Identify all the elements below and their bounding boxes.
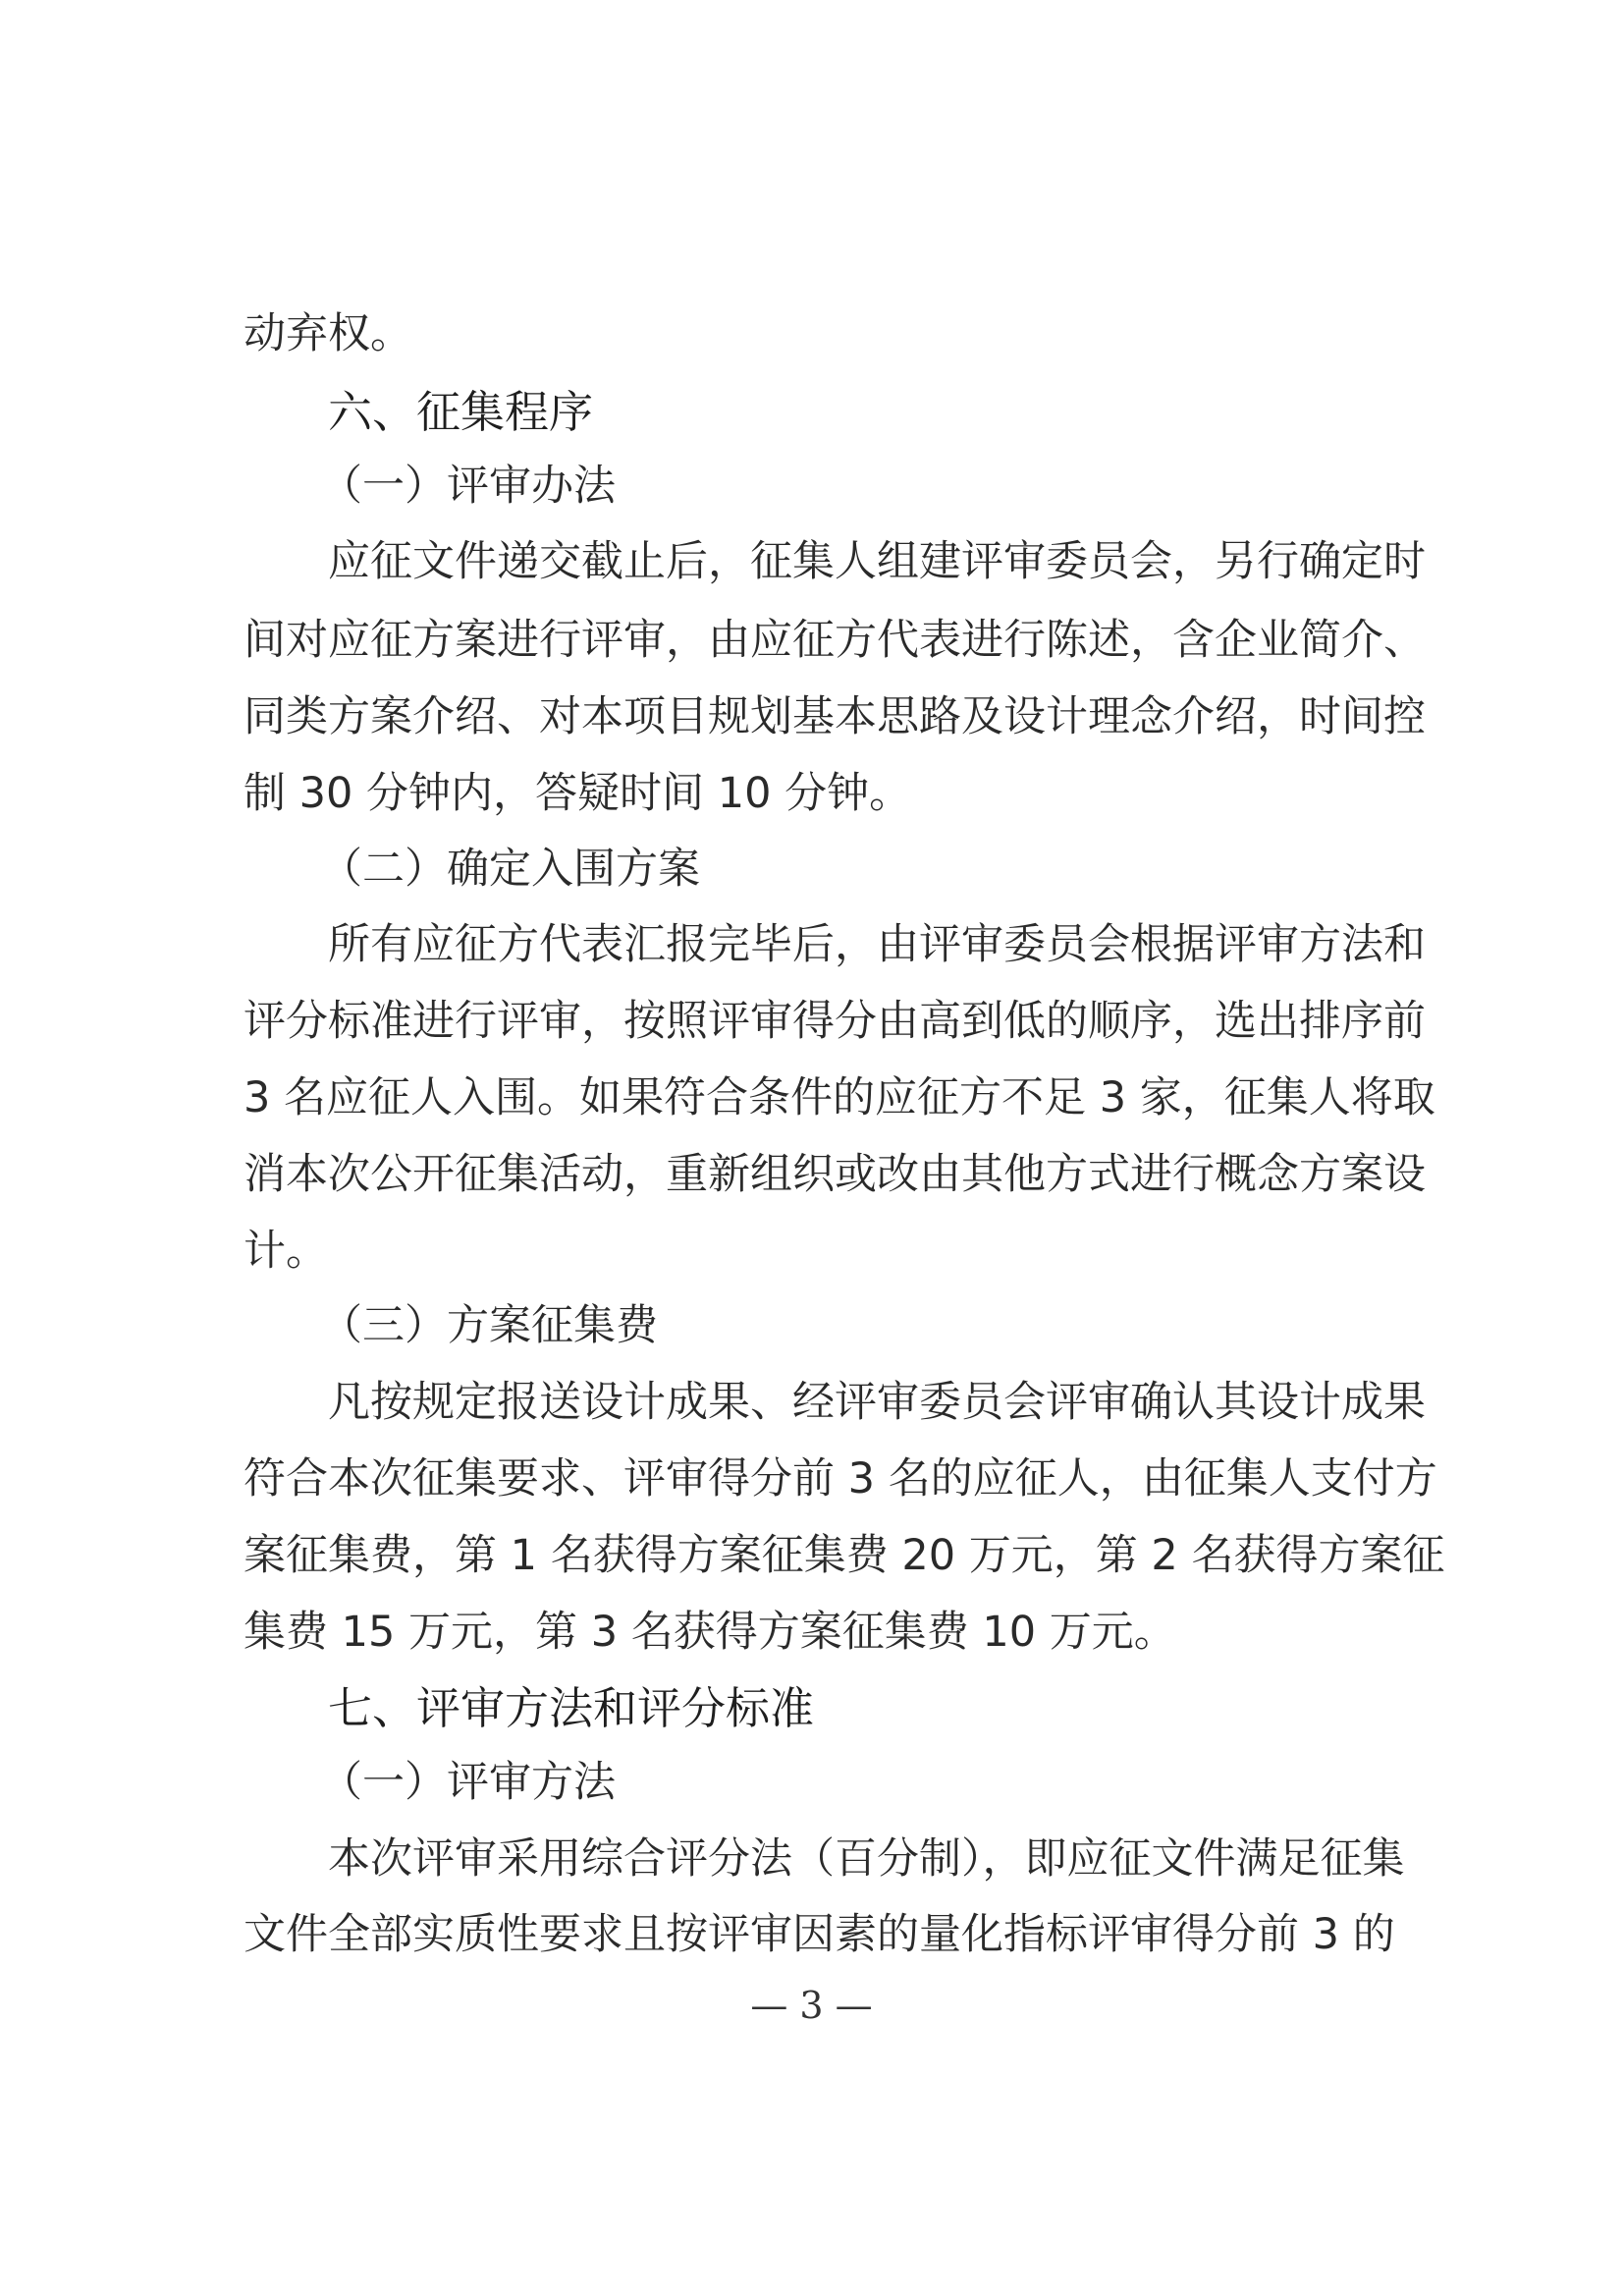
- paragraph-line: 评分标准进行评审，按照评审得分由高到低的顺序，选出排序前: [243, 992, 1386, 1051]
- paragraph-line: 集费 15 万元，第 3 名获得方案征集费 10 万元。: [243, 1603, 1386, 1662]
- paragraph-line: 制 30 分钟内，答疑时间 10 分钟。: [243, 764, 1386, 823]
- subsection-heading: （一）评审方法: [320, 1753, 1463, 1812]
- paragraph-line: 文件全部实质性要求且按评审因素的量化指标评审得分前 3 的: [243, 1905, 1386, 1964]
- paragraph-line: 3 名应征人入围。如果符合条件的应征方不足 3 家，征集人将取: [243, 1068, 1386, 1127]
- subsection-heading: （一）评审办法: [320, 457, 1463, 516]
- paragraph-line: 间对应征方案进行评审，由应征方代表进行陈述，含企业简介、: [243, 611, 1386, 670]
- paragraph-line: 本次评审采用综合评分法（百分制），即应征文件满足征集: [328, 1830, 1386, 1888]
- paragraph-line: 案征集费，第 1 名获得方案征集费 20 万元，第 2 名获得方案征: [243, 1526, 1386, 1585]
- section-heading-6: 六、征集程序: [328, 383, 1386, 442]
- paragraph-line: 所有应征方代表汇报完毕后，由评审委员会根据评审方法和: [328, 915, 1386, 974]
- page-number: — 3 —: [0, 1984, 1623, 2027]
- text-line: 动弃权。: [243, 304, 1386, 363]
- paragraph-line: 消本次公开征集活动，重新组织或改由其他方式进行概念方案设: [243, 1145, 1386, 1204]
- paragraph-line: 符合本次征集要求、评审得分前 3 名的应征人，由征集人支付方: [243, 1449, 1386, 1508]
- subsection-heading: （三）方案征集费: [320, 1296, 1463, 1355]
- paragraph-line: 计。: [243, 1222, 1386, 1281]
- paragraph-line: 同类方案介绍、对本项目规划基本思路及设计理念介绍，时间控: [243, 687, 1386, 746]
- paragraph-line: 凡按规定报送设计成果、经评审委员会评审确认其设计成果: [328, 1373, 1386, 1432]
- section-heading-7: 七、评审方法和评分标准: [328, 1679, 1386, 1738]
- paragraph-line: 应征文件递交截止后，征集人组建评审委员会，另行确定时: [328, 532, 1386, 591]
- subsection-heading: （二）确定入围方案: [320, 840, 1463, 899]
